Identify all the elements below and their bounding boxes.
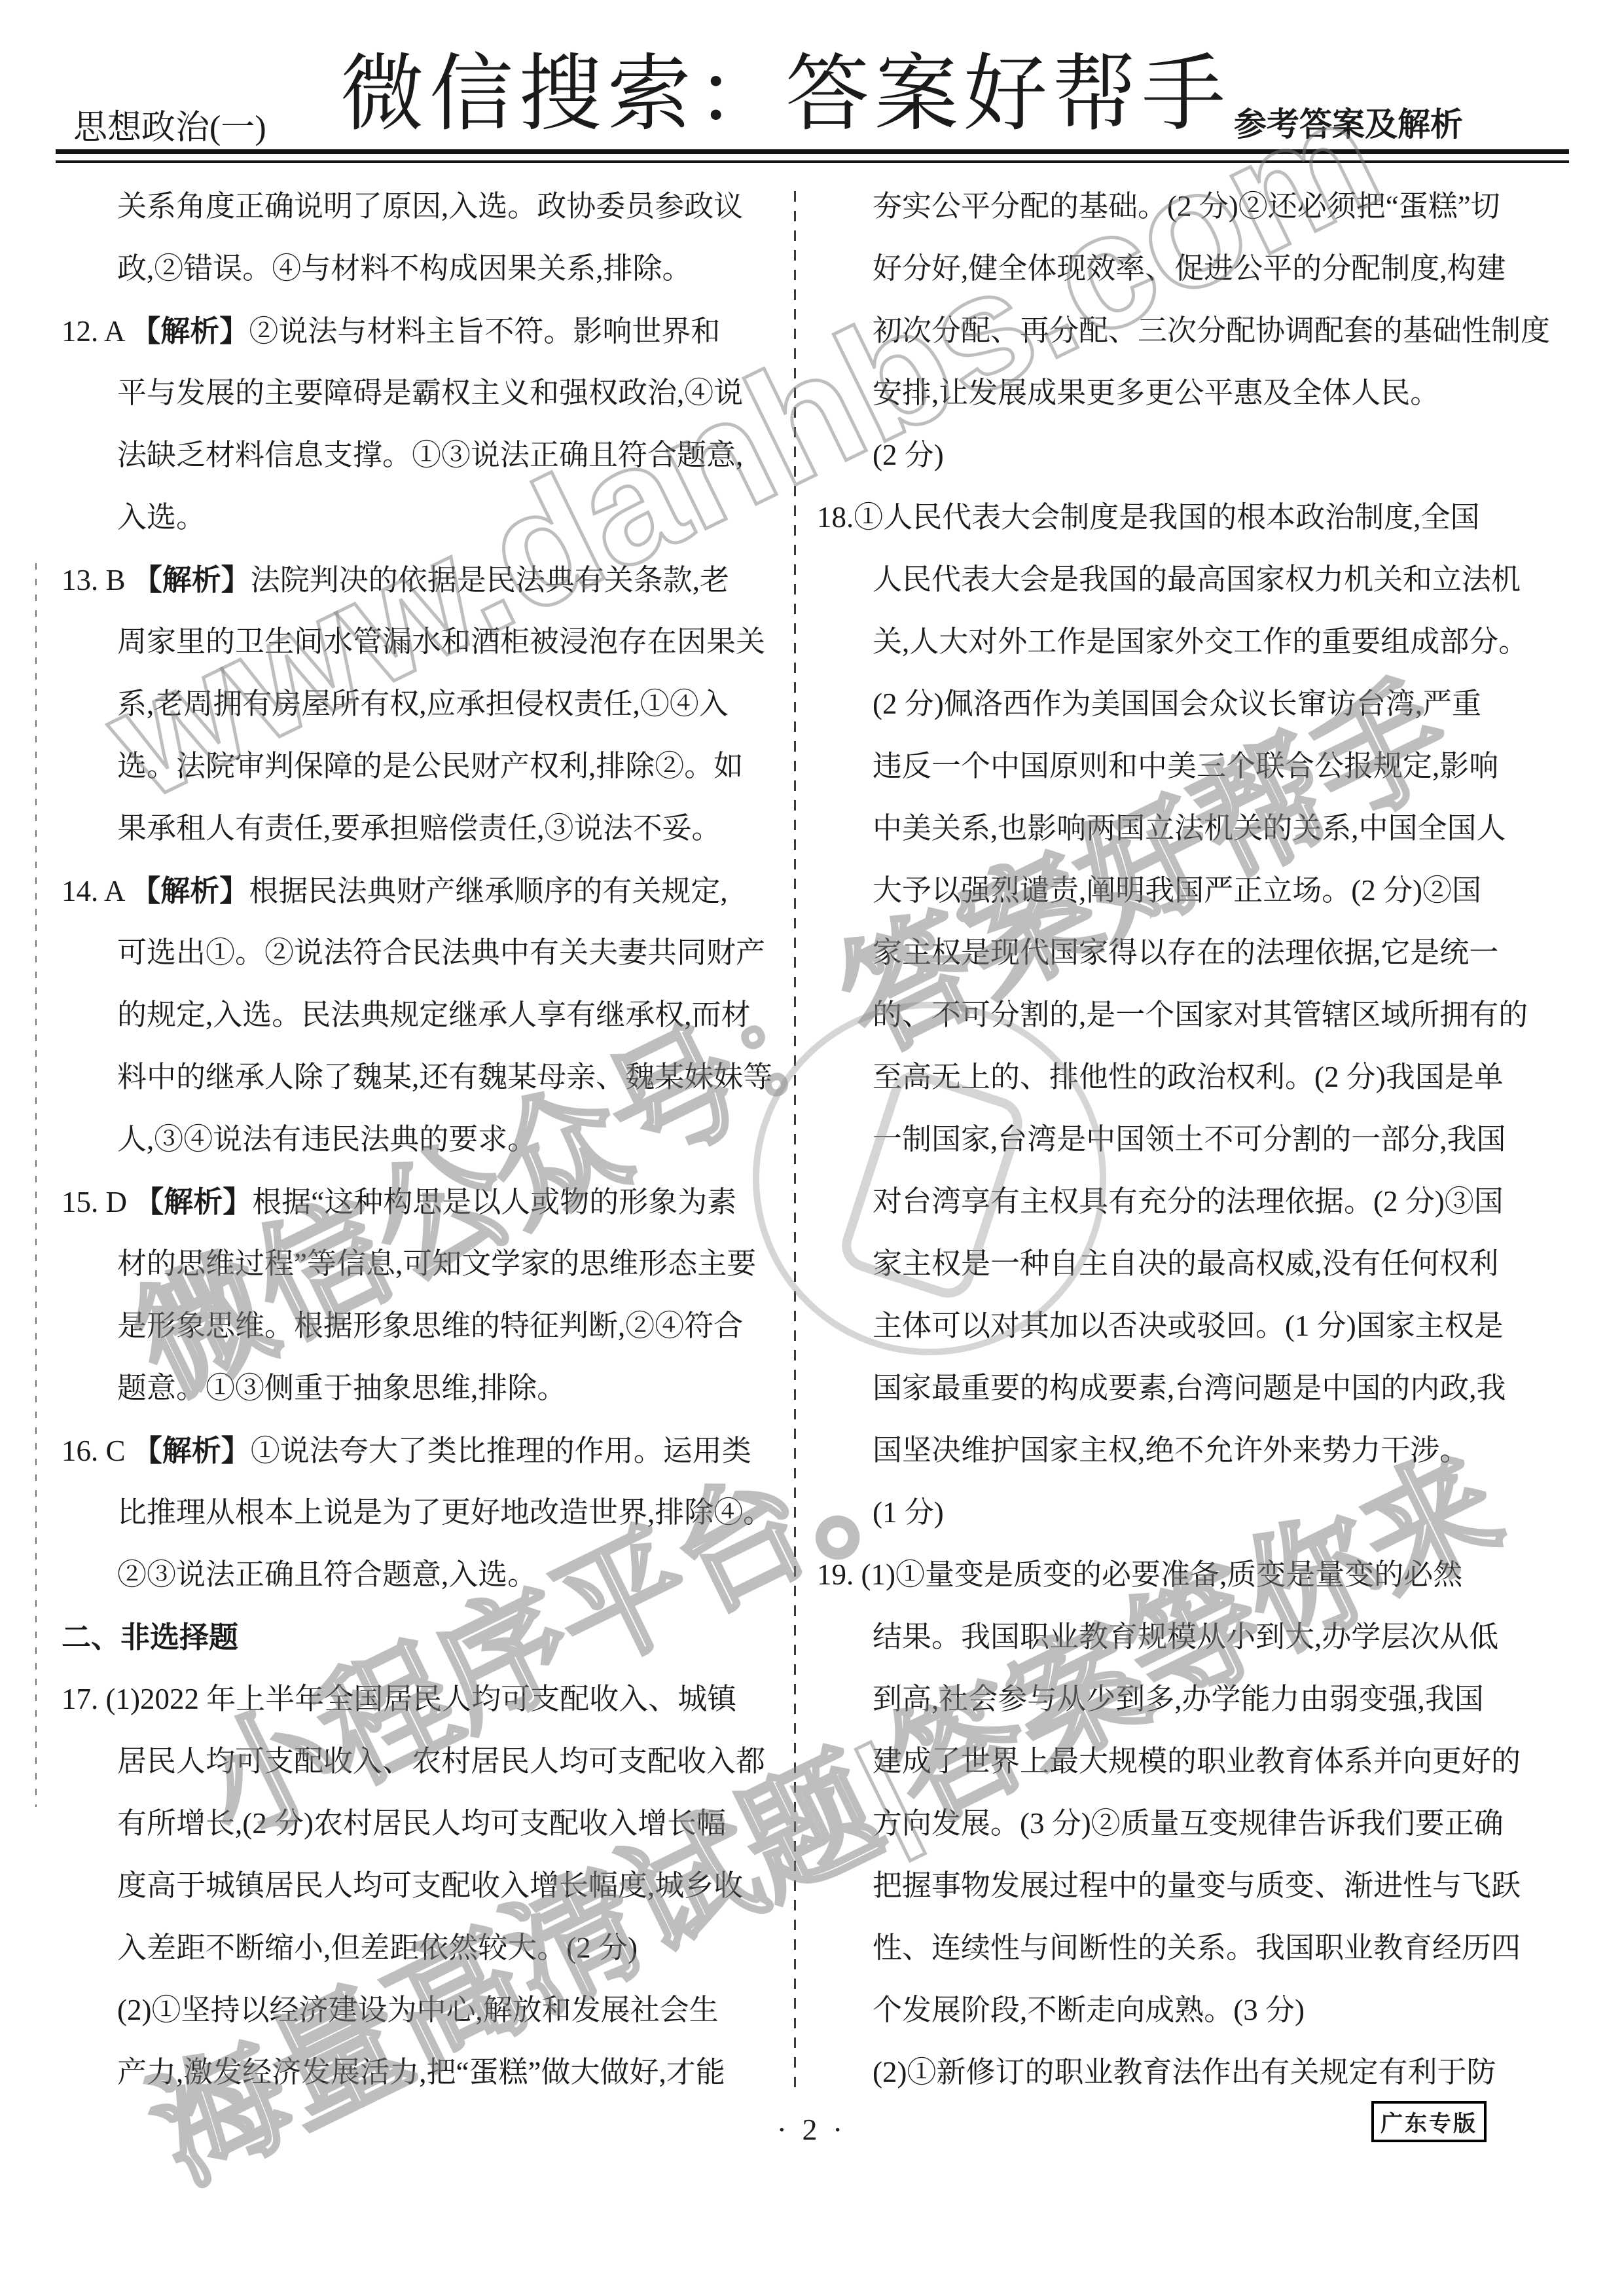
- text-line: 周家里的卫生间水管漏水和酒柜被浸泡存在因果关: [62, 611, 762, 673]
- text-line: 法缺乏材料信息支撑。①③说法正确且符合题意,: [62, 424, 762, 486]
- text-line: 15. D 【解析】根据“这种构思是以人或物的形象为素: [62, 1171, 762, 1233]
- text-line: 家主权是现代国家得以存在的法理依据,它是统一: [817, 922, 1517, 984]
- text-line: 二、非选择题: [62, 1606, 762, 1668]
- text-line: 17. (1)2022 年上半年全国居民人均可支配收入、城镇: [62, 1668, 762, 1730]
- text-line: 个发展阶段,不断走向成熟。(3 分): [817, 1979, 1517, 2041]
- text-line: 材的思维过程”等信息,可知文学家的思维形态主要: [62, 1233, 762, 1295]
- text-line: ②③说法正确且符合题意,入选。: [62, 1544, 762, 1606]
- text-line: 产力,激发经济发展活力,把“蛋糕”做大做好,才能: [62, 2041, 762, 2104]
- text-line: 的规定,入选。民法典规定继承人享有继承权,而材: [62, 984, 762, 1046]
- text-line: (1 分): [817, 1482, 1517, 1544]
- text-line: 是形象思维。根据形象思维的特征判断,②④符合: [62, 1295, 762, 1357]
- text-line: 16. C 【解析】①说法夸大了类比推理的作用。运用类: [62, 1419, 762, 1482]
- watermark-logo-circle: [753, 1002, 1106, 1355]
- text-line: 国家最重要的构成要素,台湾问题是中国的内政,我: [817, 1357, 1517, 1419]
- text-line: 13. B 【解析】法院判决的依据是民法典有关条款,老: [62, 549, 762, 611]
- text-line: (2)①新修订的职业教育法作出有关规定有利于防: [817, 2041, 1517, 2104]
- page-number: · 2 ·: [694, 2112, 929, 2147]
- text-line: 关,人大对外工作是国家外交工作的重要组成部分。: [817, 611, 1517, 673]
- text-line: 度高于城镇居民人均可支配收入增长幅度,城乡收: [62, 1855, 762, 1917]
- text-line: (2 分)佩洛西作为美国国会众议长窜访台湾,严重: [817, 673, 1517, 735]
- text-line: 建成了世界上最大规模的职业教育体系并向更好的: [817, 1730, 1517, 1793]
- analysis-label: 【解析】: [131, 314, 249, 348]
- analysis-label: 【解析】: [134, 1185, 252, 1218]
- text-line: 到高,社会参与从少到多,办学能力由弱变强,我国: [817, 1668, 1517, 1730]
- text-line: 19. (1)①量变是质变的必要准备,质变是量变的必然: [817, 1544, 1517, 1606]
- text-line: 有所增长,(2 分)农村居民人均可支配收入增长幅: [62, 1793, 762, 1855]
- text-line: 18.①人民代表大会制度是我国的根本政治制度,全国: [817, 486, 1517, 549]
- text-line: 14. A 【解析】根据民法典财产继承顺序的有关规定,: [62, 860, 762, 922]
- edition-badge: 广东专版: [1371, 2101, 1487, 2142]
- text-line: 可选出①。②说法符合民法典中有关夫妻共同财产: [62, 922, 762, 984]
- document-page: 思想政治(一) 微信搜索：答案好帮手 参考答案及解析 www.danhbs.co…: [0, 0, 1624, 2283]
- analysis-label: 【解析】: [131, 874, 249, 907]
- left-edge-dashes: [35, 563, 37, 1807]
- text-line: 把握事物发展过程中的量变与质变、渐进性与飞跃: [817, 1855, 1517, 1917]
- analysis-label: 【解析】: [133, 563, 251, 596]
- text-line: 人民代表大会是我国的最高国家权力机关和立法机: [817, 549, 1517, 611]
- text-line: 关系角度正确说明了原因,入选。政协委员参政议: [62, 175, 762, 238]
- text-line: 中美关系,也影响两国立法机关的关系,中国全国人: [817, 797, 1517, 860]
- text-line: 居民人均可支配收入、农村居民人均可支配收入都: [62, 1730, 762, 1793]
- analysis-label: 【解析】: [133, 1434, 251, 1467]
- text-line: (2 分): [817, 424, 1517, 486]
- text-line: 入差距不断缩小,但差距依然较大。(2 分): [62, 1917, 762, 1979]
- text-line: 12. A 【解析】②说法与材料主旨不符。影响世界和: [62, 300, 762, 362]
- text-line: 选。法院审判保障的是公民财产权利,排除②。如: [62, 735, 762, 797]
- text-line: 比推理从根本上说是为了更好地改造世界,排除④。: [62, 1482, 762, 1544]
- text-line: 题意。①③侧重于抽象思维,排除。: [62, 1357, 762, 1419]
- text-line: 人,③④说法有违民法典的要求。: [62, 1108, 762, 1171]
- text-line: (2)①坚持以经济建设为中心,解放和发展社会生: [62, 1979, 762, 2041]
- text-line: 料中的继承人除了魏某,还有魏某母亲、魏某妹妹等: [62, 1046, 762, 1108]
- text-line: 结果。我国职业教育规模从小到大,办学层次从低: [817, 1606, 1517, 1668]
- text-line: 大予以强烈谴责,阐明我国严正立场。(2 分)②国: [817, 860, 1517, 922]
- text-line: 安排,让发展成果更多更公平惠及全体人民。: [817, 362, 1517, 424]
- text-line: 性、连续性与间断性的关系。我国职业教育经历四: [817, 1917, 1517, 1979]
- text-line: 系,老周拥有房屋所有权,应承担侵权责任,①④入: [62, 673, 762, 735]
- text-line: 初次分配、再分配、三次分配协调配套的基础性制度: [817, 300, 1517, 362]
- answers-subtitle: 参考答案及解析: [1234, 98, 1463, 145]
- promo-title: 微信搜索：答案好帮手: [340, 26, 1231, 147]
- text-line: 果承租人有责任,要承担赔偿责任,③说法不妥。: [62, 797, 762, 860]
- text-line: 夯实公平分配的基础。(2 分)②还必须把“蛋糕”切: [817, 175, 1517, 238]
- text-line: 国坚决维护国家主权,绝不允许外来势力干涉。: [817, 1419, 1517, 1482]
- text-line: 方向发展。(3 分)②质量互变规律告诉我们要正确: [817, 1793, 1517, 1855]
- course-label: 思想政治(一): [73, 100, 266, 149]
- text-line: 入选。: [62, 486, 762, 549]
- answer-column-left: 关系角度正确说明了原因,入选。政协委员参政议政,②错误。④与材料不构成因果关系,…: [62, 175, 762, 2104]
- text-line: 好分好,健全体现效率、促进公平的分配制度,构建: [817, 238, 1517, 300]
- text-line: 违反一个中国原则和中美三个联合公报规定,影响: [817, 735, 1517, 797]
- text-line: 政,②错误。④与材料不构成因果关系,排除。: [62, 238, 762, 300]
- watermark-logo-shape: [835, 1065, 1029, 1305]
- text-line: 平与发展的主要障碍是霸权主义和强权政治,④说: [62, 362, 762, 424]
- header-rule: [56, 149, 1569, 163]
